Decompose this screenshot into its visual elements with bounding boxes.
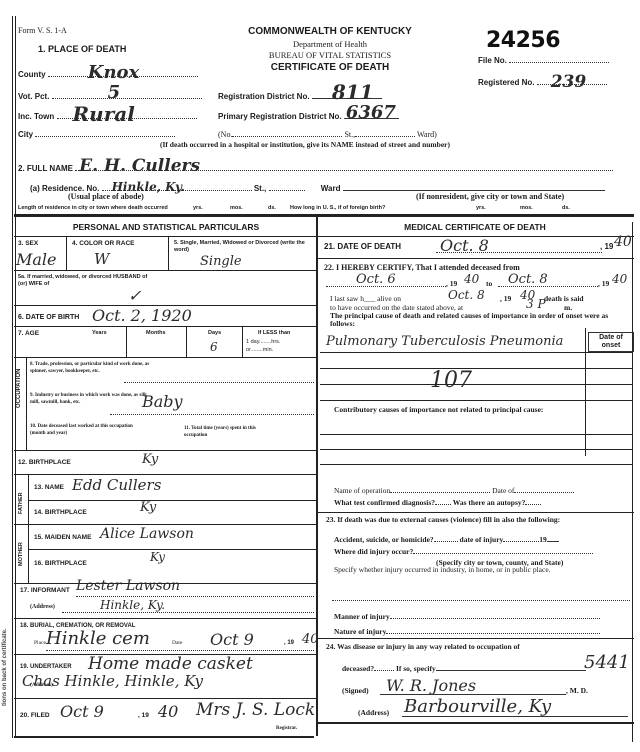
last-worked-label: 10. Date deceased last worked at this oc… [30,424,140,437]
registered-no-label: Registered No. [478,78,534,87]
occupation-vertical-label: OCCUPATION [16,369,22,408]
primary-registration-district-value[interactable]: 6367 [346,102,396,123]
test-label: What test confirmed diagnosis? [334,498,435,507]
city-field: City [18,130,175,139]
residence-ds-label: ds. [268,205,276,211]
date-of-death-label: 21. DATE OF DEATH [324,242,401,251]
birthplace-value[interactable]: Ky [142,452,158,467]
birthplace-label: 12. BIRTHPLACE [18,459,71,466]
file-no-label: File No. [478,56,507,65]
if-so-label: If so, specify [396,664,436,673]
less-than-hrs: 1 day........hrs. [246,339,280,345]
operation-date-label: Date of [492,486,514,495]
father-birthplace-label: 14. BIRTHPLACE [34,509,87,516]
vot-pct-label: Vot. Pct. [18,92,49,101]
registered-no-value[interactable]: 239 [551,72,587,92]
time-of-death-value[interactable]: 3 P [526,297,546,311]
father-vertical-label: FATHER [18,492,24,514]
operation-field: Name of operation Date of [334,486,574,495]
outer-border-bottom-right [316,722,634,724]
physician-signature[interactable]: W. R. Jones [386,676,476,695]
specify-industry-label: Specify whether injury occurred in indus… [334,566,630,574]
death-said-label: death is said [544,294,584,303]
residence-st-label: St., [254,184,266,193]
medical-section-title: MEDICAL CERTIFICATE OF DEATH [318,222,632,232]
industry-value[interactable]: Baby [142,392,183,411]
manner-field: Manner of injury [334,612,600,621]
burial-year-value[interactable]: 40 [302,632,319,647]
deceased-field: deceased? If so, specify [342,664,586,673]
registration-district-field: Registration District No. 811 [218,92,382,101]
residence-yrs-label: yrs. [193,205,203,211]
burial-date-value[interactable]: Oct 9 [210,630,254,649]
inc-town-field: Inc. Town Rural [18,112,197,121]
foreign-birth-label: How long in U. S., if of foreign birth? [290,205,385,211]
principal-cause-label: The principal cause of death and related… [330,312,630,328]
city-label: City [18,130,33,139]
mother-birthplace-label: 16. BIRTHPLACE [34,560,87,567]
length-residence-label: Length of residence in city or town wher… [18,205,168,211]
filed-label: 20. FILED [20,712,50,719]
undertaker-value[interactable]: Home made casket [88,654,253,674]
manner-label: Manner of injury [334,612,390,621]
occupation-related-label: 24. Was disease or injury in any way rel… [326,642,520,651]
attended-from-year-value[interactable]: 40 [464,272,479,286]
burial-place-label: Place [34,640,46,646]
residence-mos-label: mos. [230,205,243,211]
external-causes-label: 23. If death was due to external causes … [326,516,626,524]
margin-side-note: tions on back of certificate. [2,628,8,706]
city-ward-label: Ward) [417,130,437,139]
personal-section-title: PERSONAL AND STATISTICAL PARTICULARS [16,222,316,232]
nonresident-note: (If nonresident, give city or town and S… [416,192,564,201]
hospital-note: (If death occurred in a hospital or inst… [160,140,450,149]
file-no-line [509,62,609,63]
dob-label: 6. DATE OF BIRTH [18,314,79,321]
deceased-label: deceased? [342,664,374,673]
inc-town-label: Inc. Town [18,112,54,121]
signed-label: (Signed) [342,686,369,695]
burial-date-label: Date [172,640,182,646]
spouse-checkmark: ✓ [128,286,141,305]
autopsy-label: Was there an autopsy? [453,498,526,507]
mother-vertical-label: MOTHER [18,542,24,566]
attended-from-value[interactable]: Oct. 6 [356,272,396,287]
column-divider [316,216,318,736]
age-months-label: Months [146,330,166,336]
mother-maiden-value[interactable]: Alice Lawson [100,526,194,542]
county-label: County [18,70,46,79]
father-name-value[interactable]: Edd Cullers [72,476,161,494]
form-id: Form V. S. 1-A [18,26,67,35]
outer-border-left [12,16,13,738]
vot-pct-field: Vot. Pct. 5 [18,92,202,101]
city-no-field: (No. St., Ward) [218,130,437,139]
cause-code-value[interactable]: 107 [430,368,472,393]
filed-date-value[interactable]: Oct 9 [60,702,104,721]
less-than-min: or........min. [246,347,273,353]
registration-district-value[interactable]: 811 [332,80,374,104]
death-year-value[interactable]: 40 [614,234,632,250]
attended-to-label: to [486,279,492,288]
dob-value[interactable]: Oct. 2, 1920 [92,306,192,325]
filed-year-value[interactable]: 40 [158,702,178,721]
usual-abode-note: (Usual place of abode) [68,192,144,201]
less-than-label: If LESS than [258,330,290,336]
accident-field: Accident, suicide, or homicide? date of … [334,535,559,544]
trade-label: 8. Trade, profession, or particular kind… [30,362,150,375]
informant-label: 17. INFORMANT [20,587,70,594]
race-label: 4. COLOR OR RACE [72,240,134,247]
principal-cause-value[interactable]: Pulmonary Tuberculosis Pneumonia [326,334,563,349]
physician-address-label: (Address) [358,708,389,717]
certificate-title: CERTIFICATE OF DEATH [210,62,450,73]
age-days-label: Days [208,330,221,336]
registered-no-field: Registered No. 239 [478,78,607,87]
death-year-prefix: , 19 [600,242,613,251]
county-value[interactable]: Knox [88,62,139,83]
place-of-death-title: 1. PLACE OF DEATH [38,44,126,54]
attended-to-year-value[interactable]: 40 [612,272,627,286]
outer-border-bottom-left [14,736,314,738]
occupation-specify-code[interactable]: 5441 [584,652,630,673]
mother-maiden-label: 15. MAIDEN NAME [34,534,91,541]
registration-district-label: Registration District No. [218,92,310,101]
industry-label: 9. Industry or business in which work wa… [30,393,150,406]
certify-label: 22. I HEREBY CERTIFY, That I attended de… [324,263,520,272]
marital-value[interactable]: Single [200,254,242,269]
inc-town-value[interactable]: Rural [73,102,135,126]
father-name-label: 13. NAME [34,484,64,491]
primary-registration-district-label: Primary Registration District No. [218,112,342,121]
attended-to-year-prefix: , 19 [598,279,609,288]
marital-label: 5. Single, Married, Widowed or Divorced … [174,240,312,254]
city-st-label: St., [344,130,355,139]
file-no-field: File No. [478,56,624,65]
county-field: County Knox [18,70,198,79]
sex-value[interactable]: Male [16,250,57,269]
last-saw-value[interactable]: Oct. 8 [448,288,485,302]
total-time-label: 11. Total time (years) spent in this occ… [184,426,274,439]
city-no-label: (No. [218,130,232,139]
full-name-label: 2. FULL NAME [18,164,73,173]
registrar-label: Registrar. [276,726,297,731]
father-birthplace-value[interactable]: Ky [140,500,156,515]
full-name-value[interactable]: E. H. Cullers [79,156,200,176]
mother-birthplace-value[interactable]: Ky [150,550,165,564]
header-divider [14,214,634,217]
date-of-onset-header: Date of onset [588,332,634,352]
diagnosis-field: What test confirmed diagnosis? Was there… [334,498,541,507]
accident-label: Accident, suicide, or homicide? [334,535,434,544]
contributory-label: Contributory causes of importance not re… [334,406,574,414]
attended-from-year-prefix: , 19 [446,279,457,288]
md-label: , M. D. [566,686,588,695]
injury-year-label: 19 [539,535,547,544]
injury-date-label: date of injury [460,535,504,544]
registrar-signature[interactable]: Mrs J. S. Lock [196,700,315,720]
undertaker-label: 19. UNDERTAKER [20,664,72,670]
last-saw-year-prefix: , 19 [500,294,511,303]
physician-address-value[interactable]: Barbourville, Ky [404,696,551,717]
full-name-field: 2. FULL NAME E. H. Cullers [18,164,613,173]
undertaker-address-value[interactable]: Chas Hinkle, Hinkle, Ky [22,672,203,690]
burial-place-value[interactable]: Hinkle cem [46,628,150,649]
attended-to-value[interactable]: Oct. 8 [508,272,548,287]
file-number-stamp: 24256 [486,28,560,53]
foreign-yrs-label: yrs. [476,205,486,211]
department-name: Department of Health [210,39,450,49]
sex-label: 3. SEX [18,240,38,247]
outer-border-right [632,222,633,742]
operation-label: Name of operation [334,486,390,495]
informant-address-label: (Address) [30,604,55,610]
foreign-ds-label: ds. [562,205,570,211]
nature-field: Nature of injury [334,627,600,636]
age-years-label: Years [92,330,107,336]
where-injury-label: Where did injury occur? [334,547,413,556]
last-saw-label: I last saw h___ alive on [330,294,401,303]
informant-value[interactable]: Lester Lawson [76,578,180,594]
filed-year-prefix: , 19 [138,712,149,719]
residence-ward-label: Ward [321,184,341,193]
informant-address-value[interactable]: Hinkle, Ky. [100,598,165,612]
where-injury-field: Where did injury occur? [334,547,593,556]
state-title: COMMONWEALTH OF KENTUCKY [210,26,450,37]
bureau-name: BUREAU OF VITAL STATISTICS [210,50,450,60]
nature-label: Nature of injury [334,627,386,636]
race-value[interactable]: W [94,250,109,268]
vot-pct-value[interactable]: 5 [108,82,121,103]
age-days-value[interactable]: 6 [210,340,218,354]
foreign-mos-label: mos. [520,205,533,211]
burial-year-prefix: , 19 [284,640,294,646]
primary-registration-district-field: Primary Registration District No. 6367 [218,112,399,121]
age-label: 7. AGE [18,330,39,337]
